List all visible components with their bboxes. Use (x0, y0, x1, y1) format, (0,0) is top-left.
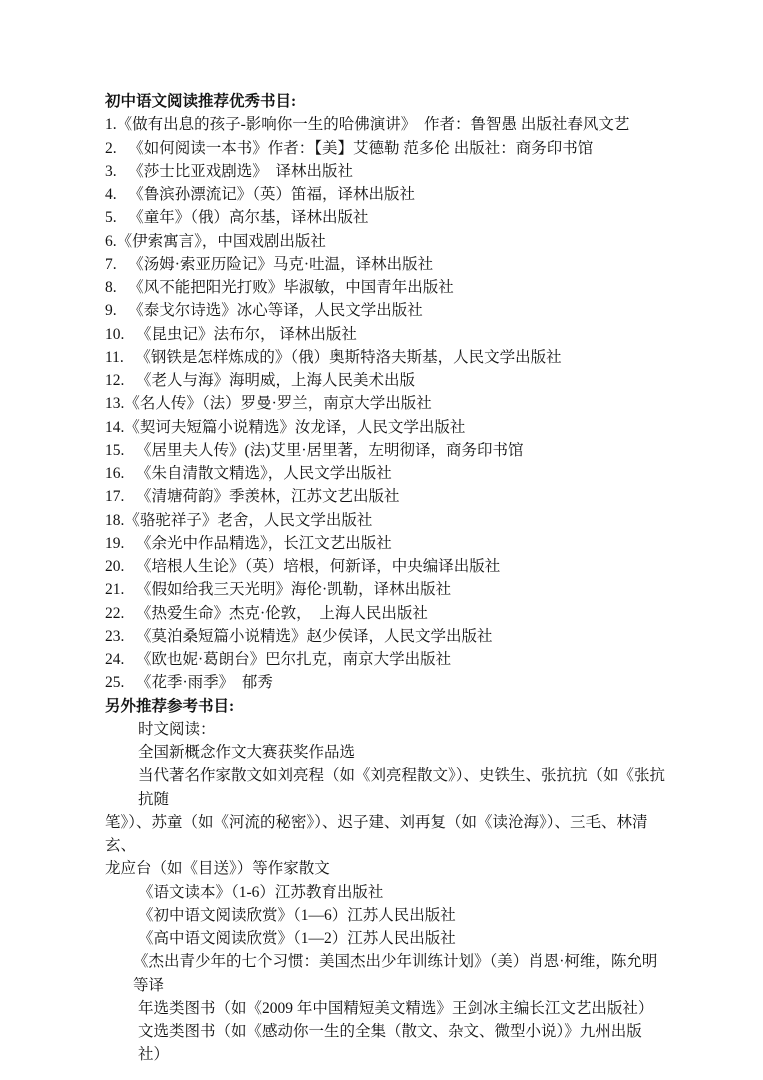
book-list-item: 3. 《莎士比亚戏剧选》 译林出版社 (105, 160, 665, 183)
book-list-item: 20. 《培根人生论》（英）培根，何新译，中央编译出版社 (105, 555, 665, 578)
reference-line: 《高中语文阅读欣赏》（1—2）江苏人民出版社 (105, 927, 665, 950)
book-list-item: 7. 《汤姆·索亚历险记》马克·吐温，译林出版社 (105, 253, 665, 276)
book-list-item: 15. 《居里夫人传》(法)艾里·居里著，左明彻译，商务印书馆 (105, 439, 665, 462)
reference-line: 文选类图书（如《感动你一生的全集（散文、杂文、微型小说）》九州出版社） (105, 1020, 665, 1067)
section2-heading: 另外推荐参考书目: (105, 695, 665, 718)
book-list-item: 8. 《风不能把阳光打败》毕淑敏，中国青年出版社 (105, 276, 665, 299)
book-list-item: 11. 《钢铁是怎样炼成的》（俄）奥斯特洛夫斯基，人民文学出版社 (105, 346, 665, 369)
book-list-item: 22. 《热爱生命》杰克·伦敦， 上海人民出版社 (105, 602, 665, 625)
book-list-item: 4. 《鲁滨孙漂流记》（英）笛福，译林出版社 (105, 183, 665, 206)
book-list-item: 10. 《昆虫记》法布尔， 译林出版社 (105, 323, 665, 346)
book-list-item: 1.《做有出息的孩子-影响你一生的哈佛演讲》 作者：鲁智愚 出版社春风文艺 (105, 113, 665, 136)
book-list-item: 21. 《假如给我三天光明》海伦·凯勒，译林出版社 (105, 578, 665, 601)
book-list-item: 6.《伊索寓言》，中国戏剧出版社 (105, 230, 665, 253)
book-list-item: 25. 《花季·雨季》 郁秀 (105, 671, 665, 694)
document-page: 初中语文阅读推荐优秀书目: 1.《做有出息的孩子-影响你一生的哈佛演讲》 作者：… (105, 90, 665, 1067)
book-list-item: 24. 《欧也妮·葛朗台》巴尔扎克，南京大学出版社 (105, 648, 665, 671)
book-list-item: 14.《契诃夫短篇小说精选》汝龙译，人民文学出版社 (105, 416, 665, 439)
reference-line: 《杰出青少年的七个习惯：美国杰出少年训练计划》（美）肖恩·柯维，陈允明等译 (105, 950, 665, 997)
reference-line: 时文阅读： (105, 718, 665, 741)
book-list-item: 12. 《老人与海》海明威，上海人民美术出版 (105, 369, 665, 392)
reference-line: 当代著名作家散文如刘亮程（如《刘亮程散文》）、史铁生、张抗抗（如《张抗抗随 (105, 764, 665, 811)
reference-line: 龙应台（如《目送》）等作家散文 (105, 857, 665, 880)
section1-heading: 初中语文阅读推荐优秀书目: (105, 90, 665, 113)
book-list-item: 17. 《清塘荷韵》季羡林，江苏文艺出版社 (105, 485, 665, 508)
book-list-item: 2. 《如何阅读一本书》作者：【美】艾德勒 范多伦 出版社：商务印书馆 (105, 137, 665, 160)
book-list-item: 16. 《朱自清散文精选》，人民文学出版社 (105, 462, 665, 485)
reference-line: 《初中语文阅读欣赏》（1—6）江苏人民出版社 (105, 904, 665, 927)
book-list-item: 23. 《莫泊桑短篇小说精选》赵少侯译，人民文学出版社 (105, 625, 665, 648)
reference-line: 年选类图书（如《2009 年中国精短美文精选》王剑冰主编长江文艺出版社） (105, 997, 665, 1020)
book-list-item: 13.《名人传》（法）罗曼·罗兰，南京大学出版社 (105, 392, 665, 415)
book-list-item: 18.《骆驼祥子》老舍，人民文学出版社 (105, 509, 665, 532)
reference-line: 全国新概念作文大赛获奖作品选 (105, 741, 665, 764)
reference-line: 笔》）、苏童（如《河流的秘密》）、迟子建、刘再复（如《读沧海》）、三毛、林清玄、 (105, 811, 665, 858)
book-list-item: 9. 《泰戈尔诗选》冰心等译，人民文学出版社 (105, 299, 665, 322)
book-list-item: 5. 《童年》（俄）高尔基，译林出版社 (105, 206, 665, 229)
reference-line: 《语文读本》（1-6）江苏教育出版社 (105, 881, 665, 904)
book-list-item: 19. 《余光中作品精选》，长江文艺出版社 (105, 532, 665, 555)
